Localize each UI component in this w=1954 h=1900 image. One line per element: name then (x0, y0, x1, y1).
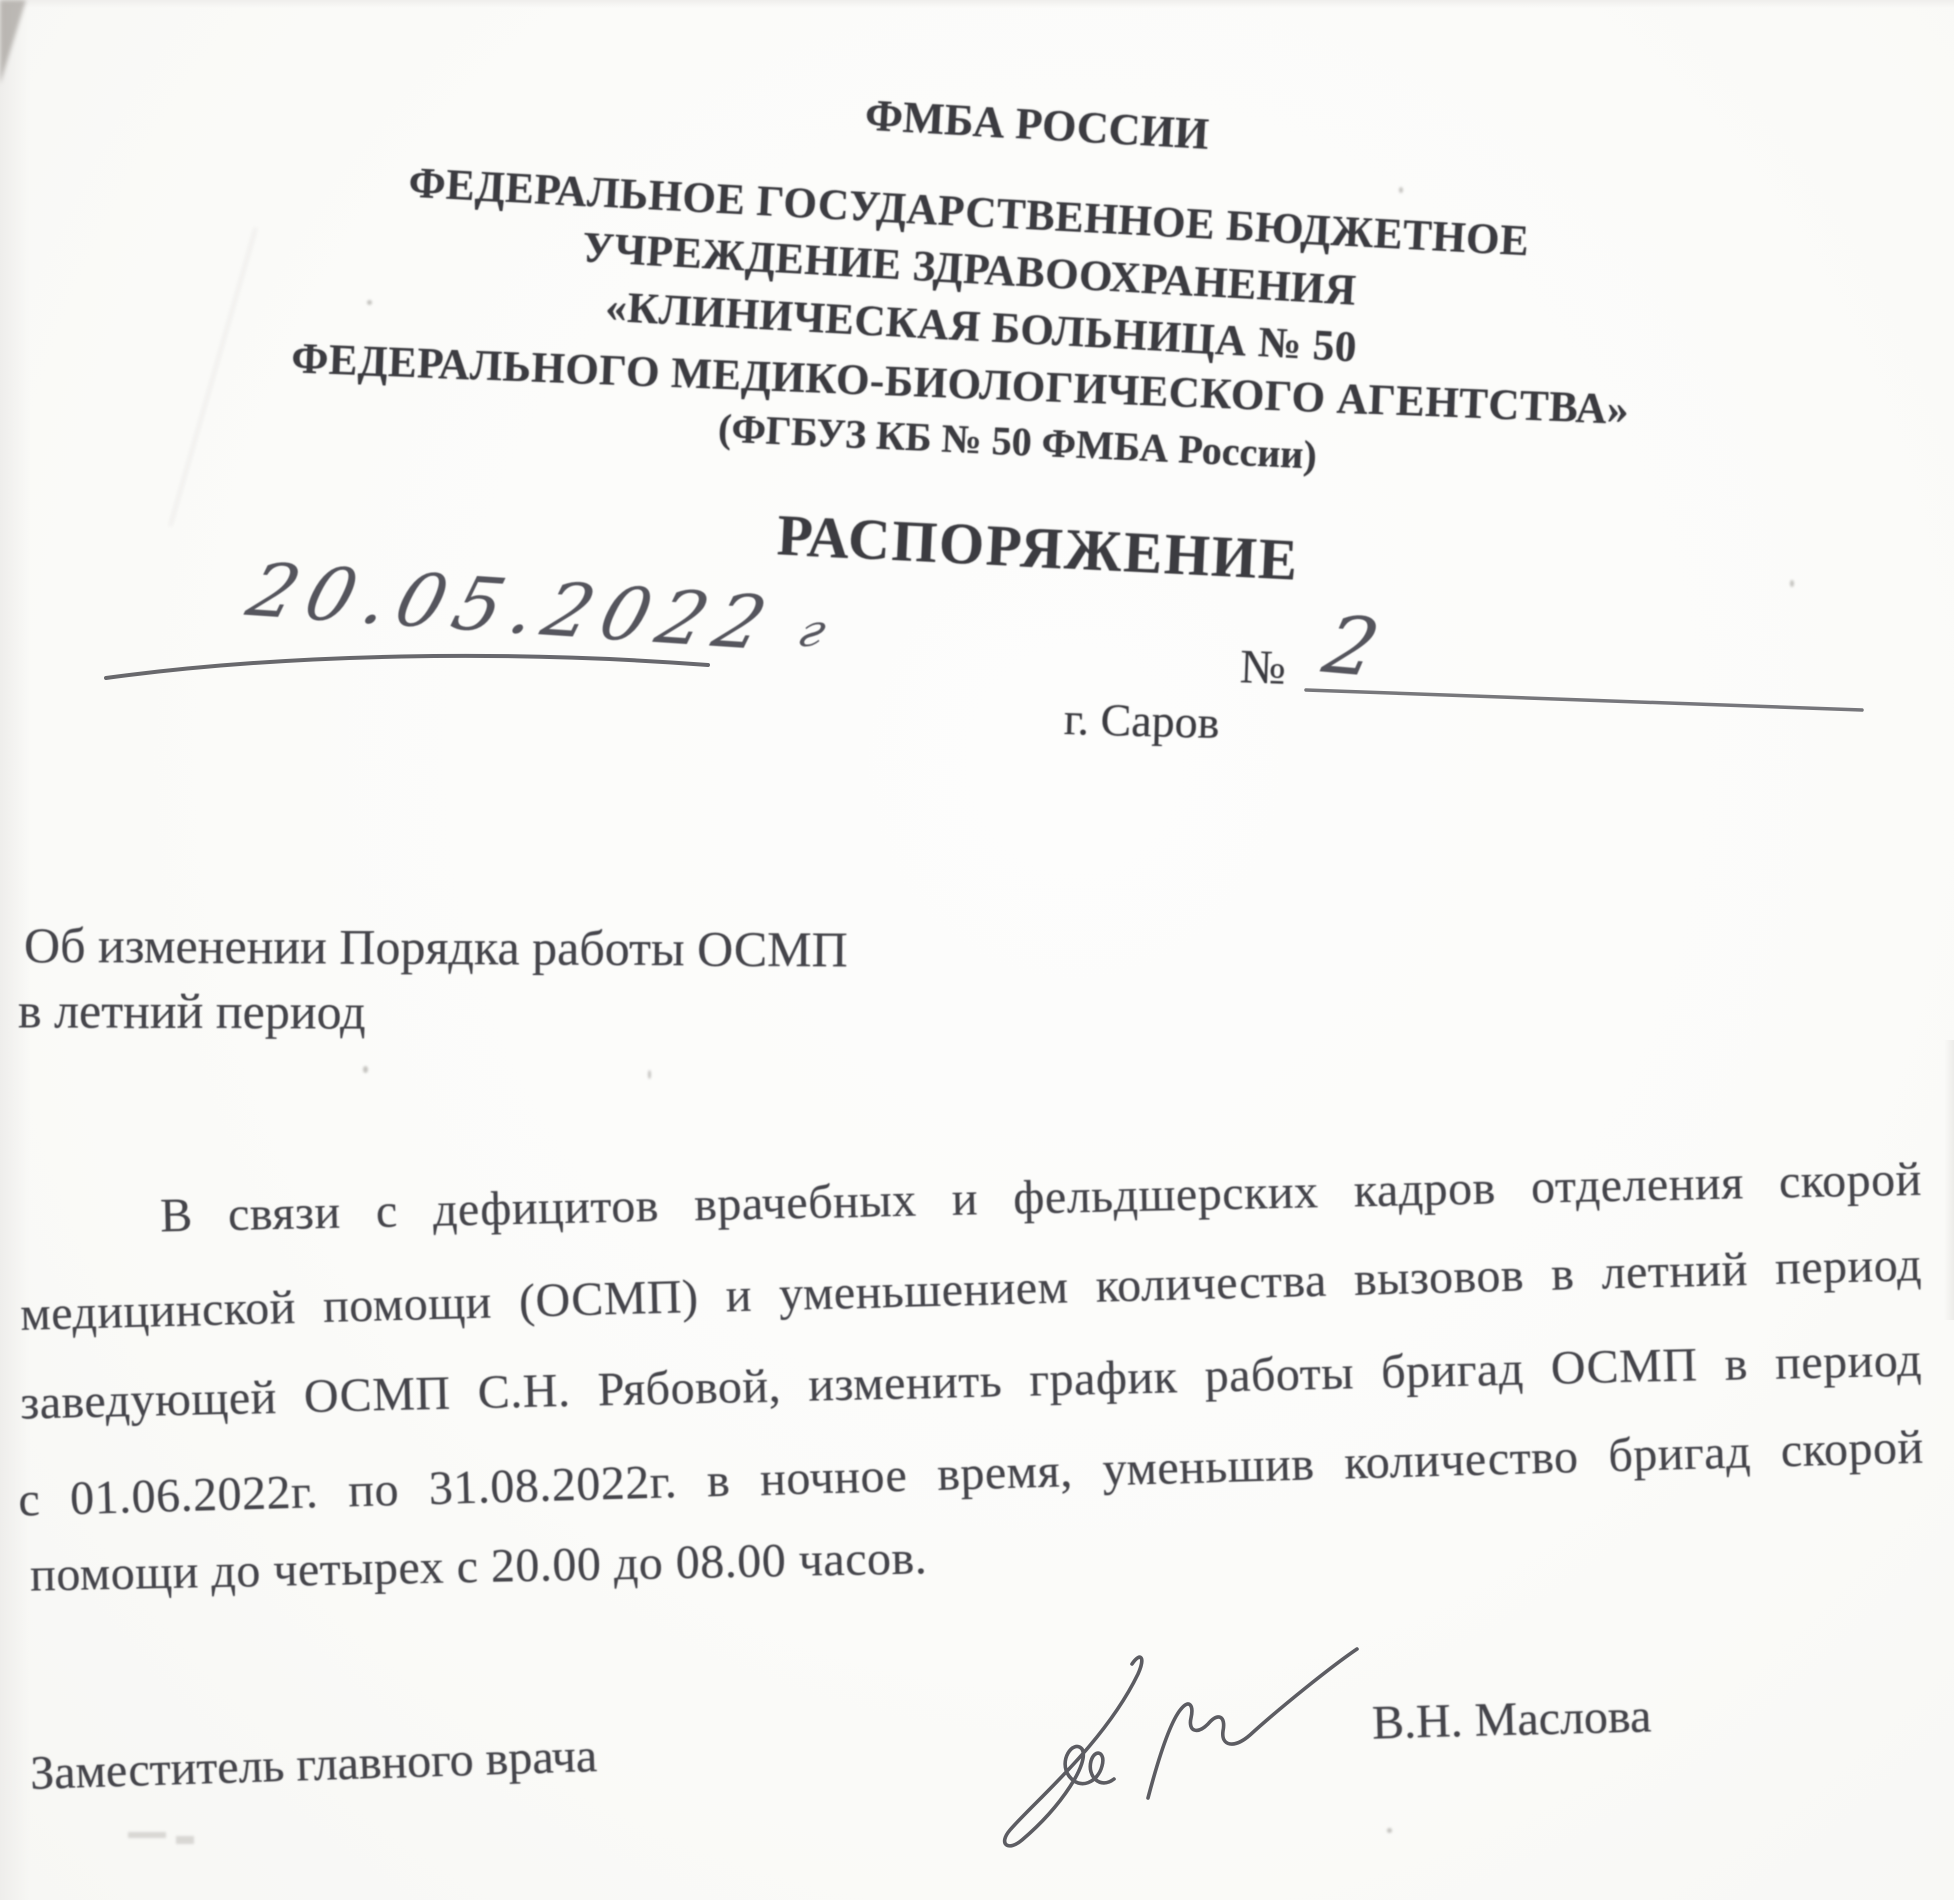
scan-speck (363, 1066, 368, 1073)
document-title: РАСПОРЯЖЕНИЕ (776, 501, 1301, 593)
handwritten-date-group: 20.05.2022г (248, 547, 825, 671)
scan-speck (648, 1070, 651, 1079)
handwritten-number-wrap: 2 (1322, 598, 1381, 695)
scan-speck (367, 300, 372, 305)
scan-edge-shadow-top (0, 0, 1954, 8)
subject-line-2: в летний период (18, 981, 366, 1040)
scan-speck (1387, 1828, 1392, 1833)
handwritten-date: 20.05.2022 (239, 548, 785, 667)
signature-stroke-2 (1148, 1649, 1357, 1798)
body-line-2: медицинской помощи (ОСМП) и уменьшением … (20, 1237, 1923, 1342)
scan-corner-artifact (0, 0, 26, 84)
date-underline (106, 656, 708, 678)
body-line-1: В связи с дефицитов врачебных и фельдшер… (160, 1152, 1923, 1244)
body-line-3: заведующей ОСМП С.Н. Рябовой, изменить г… (20, 1332, 1923, 1430)
letterhead-agency: ФМБА РОССИИ (864, 89, 1210, 159)
subject-line-1: Об изменении Порядка работы ОСМП (24, 916, 848, 978)
handwritten-number: 2 (1316, 599, 1388, 695)
scan-speck (1790, 580, 1794, 587)
scan-speck (1399, 187, 1403, 193)
handwritten-signature (1005, 1649, 1357, 1846)
body-line-5: помощи до четырех с 20.00 до 08.00 часов… (30, 1528, 1031, 1602)
scan-edge-shadow-right (1944, 1040, 1954, 1320)
handwritten-date-suffix: г (790, 603, 834, 657)
scan-smudge (176, 1836, 194, 1844)
paper-crease (169, 228, 256, 527)
signoff-position-title: Заместитель главного врача (29, 1728, 598, 1801)
signature-stroke-1 (1005, 1657, 1142, 1846)
body-line-4: с 01.06.2022г. по 31.08.2022г. в ночное … (18, 1419, 1925, 1527)
number-label: № (1239, 639, 1287, 696)
scanned-document-page: ФМБА РОССИИ ФЕДЕРАЛЬНОЕ ГОСУДАРСТВЕННОЕ … (0, 0, 1954, 1900)
number-underline (1306, 690, 1862, 710)
signer-name: В.Н. Маслова (1371, 1688, 1652, 1750)
city-label: г. Саров (1063, 692, 1220, 749)
scan-smudge (128, 1832, 166, 1838)
